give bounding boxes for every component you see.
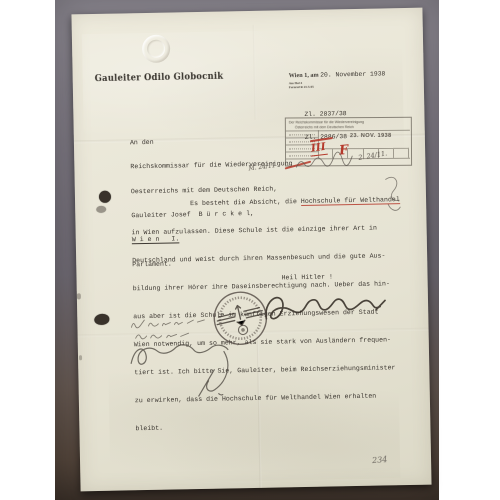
dateline-typed-date: 20. November 1938	[320, 70, 385, 78]
hole-punch	[99, 191, 111, 203]
document-photo: Gauleiter Odilo Globocnik Wien 1, am 20.…	[55, 0, 439, 500]
hole-punch	[96, 206, 106, 213]
closing-salute: Heil Hitler !	[281, 273, 333, 281]
paper-edge-mark	[77, 293, 81, 299]
page-background: Gauleiter Odilo Globocnik Wien 1, am 20.…	[0, 0, 500, 500]
hole-punch	[94, 314, 109, 325]
stamp-grid	[286, 130, 410, 132]
stamp-grid	[286, 137, 318, 138]
office-address-lines: Am Hof 4 Fernruf R 23-5-05	[289, 81, 314, 90]
dateline-printed-place: Wien 1, am	[289, 72, 321, 80]
pencil-scrawl-across-stamp	[294, 153, 356, 172]
embossed-seal-inner	[147, 40, 165, 58]
embossed-eagle-seal	[142, 35, 171, 64]
left-pencil-signature	[125, 311, 257, 405]
body-line: in Wien aufzulassen. Diese Schule ist di…	[132, 223, 394, 237]
body-line: Deutschland und weist durch ihren Massen…	[132, 251, 394, 265]
body-first-line-text: Es besteht die Absicht, die	[190, 198, 301, 207]
office-line: Fernruf R 23-5-05	[289, 85, 314, 90]
body-line: Es besteht die Absicht, die Hochschule f…	[131, 195, 393, 209]
receipt-stamp-header-line2: Österreichs mit dem Deutschen Reich	[295, 125, 354, 129]
receipt-date-stamp: 23. NOV. 1938	[350, 133, 392, 139]
dateline: Wien 1, am 20. November 1938	[289, 70, 386, 79]
fold-crease	[253, 25, 257, 120]
letter-paper: Gauleiter Odilo Globocnik Wien 1, am 20.…	[71, 8, 431, 492]
letterhead-title: Gauleiter Odilo Globocnik	[95, 70, 224, 83]
address-line: An den	[130, 136, 292, 147]
ink-signature	[262, 286, 388, 328]
page-number-pencil: 234	[372, 455, 388, 465]
red-underlined-phrase: Hochschule für Welthandel	[301, 196, 400, 206]
stamp-grid	[289, 134, 315, 135]
receipt-stamp-header-line1: Der Reichskommissar für die Wiederverein…	[289, 120, 364, 124]
paper-edge-mark	[79, 355, 82, 360]
body-line: bleibt.	[135, 419, 397, 433]
